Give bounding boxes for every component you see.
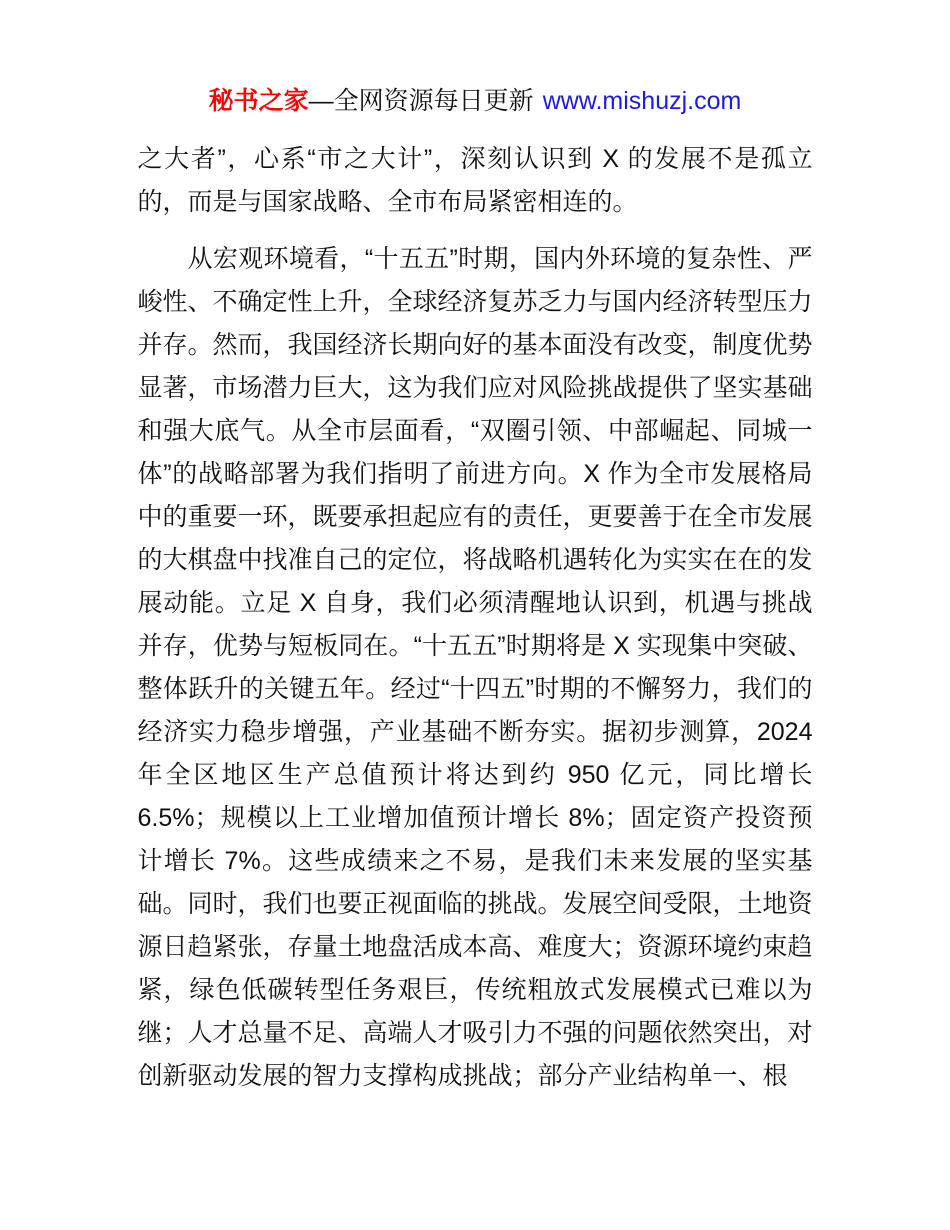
site-name: 秘书之家 (209, 87, 309, 115)
site-banner: 秘书之家—全网资源每日更新www.mishuzj.com (0, 84, 950, 118)
paragraph-continuation: 之大者”，心系“市之大计”，深刻认识到 X 的发展不是孤立的，而是与国家战略、全… (138, 138, 813, 224)
document-page: 秘书之家—全网资源每日更新www.mishuzj.com 之大者”，心系“市之大… (0, 0, 950, 1230)
paragraph-macro-environment: 从宏观环境看，“十五五”时期，国内外环境的复杂性、严峻性、不确定性上升，全球经济… (138, 238, 813, 1098)
site-tagline: —全网资源每日更新 (309, 87, 534, 115)
site-url-link[interactable]: www.mishuzj.com (543, 87, 742, 115)
document-body: 之大者”，心系“市之大计”，深刻认识到 X 的发展不是孤立的，而是与国家战略、全… (138, 138, 813, 1098)
